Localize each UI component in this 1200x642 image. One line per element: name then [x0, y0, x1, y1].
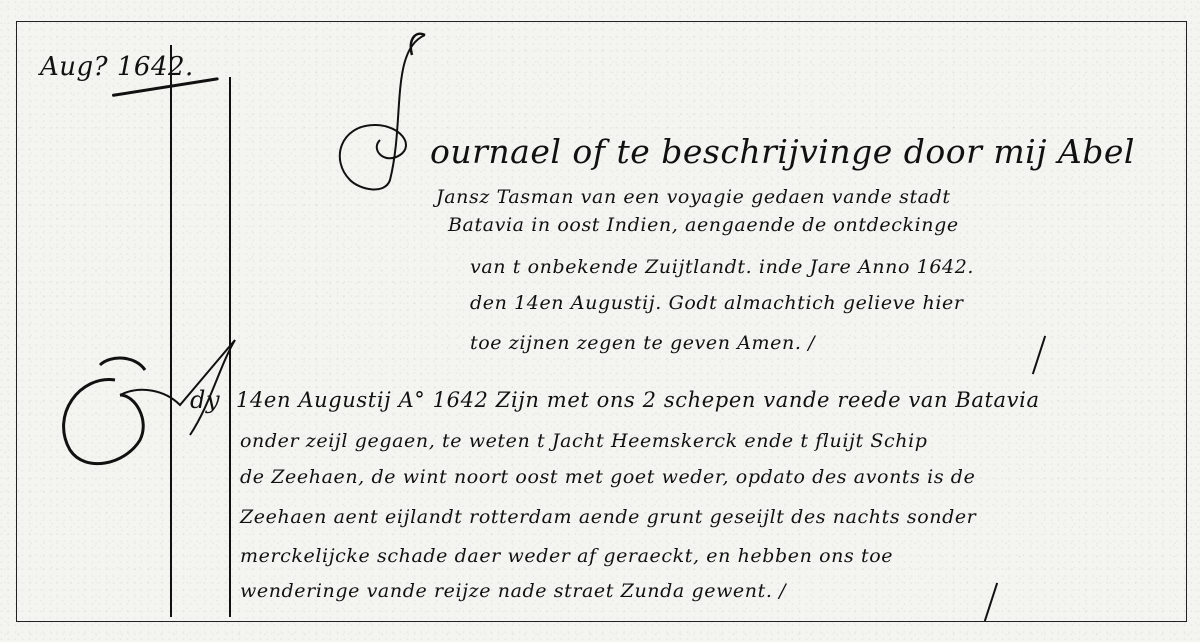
entry-initial-suffix: dy — [190, 386, 220, 414]
entry-line-4: Zeehaen aent eijlandt rotterdam aende gr… — [240, 506, 976, 528]
heading-line-2: Jansz Tasman van een voyagie gedaen vand… — [436, 186, 951, 208]
margin-rule-right — [229, 77, 231, 617]
entry-line-1: 14en Augustij A° 1642 Zijn met ons 2 sch… — [236, 388, 1040, 412]
entry-line-6: wenderinge vande reijze nade straet Zund… — [240, 580, 786, 602]
entry-line-5: merckelijcke schade daer weder af geraec… — [240, 545, 893, 567]
heading-line-4: van t onbekende Zuijtlandt. inde Jare An… — [470, 256, 974, 278]
journal-title-line: ournael of te beschrijvinge door mij Abe… — [430, 132, 1135, 171]
entry-line-2: onder zeijl gegaen, te weten t Jacht Hee… — [240, 430, 928, 452]
heading-line-3: Batavia in oost Indien, aengaende de ont… — [448, 214, 959, 236]
margin-date-note: Aug? 1642. — [40, 52, 194, 82]
entry-line-3: de Zeehaen, de wint noort oost met goet … — [240, 466, 975, 488]
page-border — [16, 21, 1187, 622]
heading-line-6: toe zijnen zegen te geven Amen. / — [470, 332, 815, 354]
heading-line-5: den 14en Augustij. Godt almachtich gelie… — [470, 292, 964, 314]
margin-rule-left — [170, 45, 172, 617]
